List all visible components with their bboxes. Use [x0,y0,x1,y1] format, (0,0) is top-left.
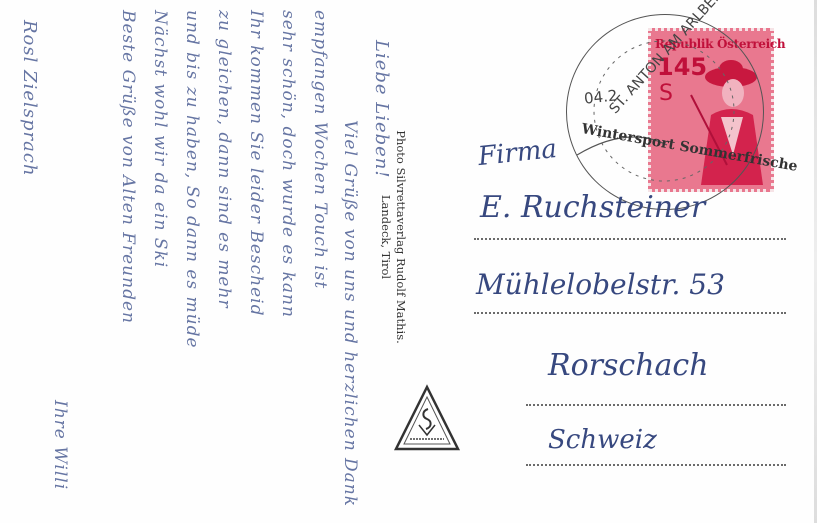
message-line: Rosl Zielsprach [19,20,40,177]
postcard-back: Liebe Lieben! Viel Grüße von uns und her… [0,0,817,523]
message-line: sehr schön, doch wurde es kann [278,10,298,318]
message-line: empfangen Wochen Touch ist [310,10,330,289]
address-dotted-line [474,312,786,314]
message-line: Viel Grüße von uns und herzlichen Dank [340,120,360,507]
address-line-4: Rorschach [548,348,709,383]
address-dotted-line [474,238,786,240]
triangle-s-logo-icon [392,383,462,453]
address-line-5: Schweiz [548,425,657,455]
address-line-2: E. Ruchsteiner [480,190,705,225]
publisher-location: Landeck, Tirol [378,92,393,382]
publisher-name: Photo Silvrettaverlag Rudolf Mathis. [393,92,408,382]
message-line: Nächst wohl wir da ein Ski [150,10,170,268]
postmark-date: 04.2 [583,86,618,107]
message-line: und bis zu haben, So dann es müde [182,10,202,349]
publisher-imprint: Photo Silvrettaverlag Rudolf Mathis. Lan… [378,92,408,382]
message-line: Ihr kommen Sie leider Bescheid [246,10,266,316]
address-line-3: Mühlelobelstr. 53 [476,268,725,301]
address-dotted-line [526,404,786,406]
message-line: Beste Grüße von Alten Freunden [118,10,138,324]
address-line-1: Firma [477,134,559,172]
address-dotted-line [526,464,786,466]
message-line: zu gleichen, dann sind es mehr [214,10,234,309]
handwritten-message: Liebe Lieben! Viel Grüße von uns und her… [0,0,400,523]
message-line: Ihre Willi [50,400,70,490]
